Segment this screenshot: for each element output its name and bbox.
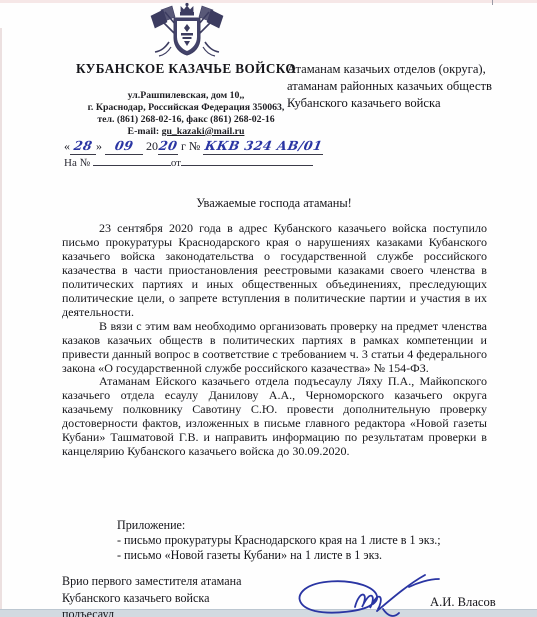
na-label: На № (64, 157, 90, 169)
recipient-line: атаманам районных казачьих обществ (287, 79, 492, 93)
date-registration-line: «28» 09 2020 г № ККВ 324 АВ/01 (64, 138, 394, 155)
scan-artifact-tick (492, 0, 493, 5)
year-prefix: 20 (146, 139, 158, 153)
regnum-blank: ККВ 324 АВ/01 (203, 138, 323, 155)
attachment-item: - письмо прокуратуры Краснодарского края… (117, 533, 487, 548)
reference-line: На № от (64, 157, 394, 169)
na-blank (93, 165, 171, 166)
scanned-letter-page: КУБАНСКОЕ КАЗАЧЬЕ ВОЙСКО ул.Рашпилевская… (0, 0, 537, 617)
kuban-coat-of-arms-emblem (141, 2, 233, 59)
address-line: ул.Рашпилевская, дом 10,, (128, 90, 245, 101)
handwritten-month: 09 (113, 138, 134, 153)
email-address: gu_kazaki@mail.ru (162, 126, 245, 137)
attachment-item: - письмо «Новой газеты Кубани» на 1 лист… (117, 548, 487, 563)
ot-label: от (171, 157, 181, 169)
email-line: E-mail: gu_kazaki@mail.ru (38, 126, 334, 138)
scan-edge-left (0, 28, 2, 617)
attachment-title: Приложение: (117, 518, 487, 533)
signoff-line: Врио первого заместителя атамана (62, 574, 241, 588)
salutation: Уважаемые господа атаманы! (62, 196, 486, 211)
ot-blank (181, 165, 313, 166)
day-blank: 28 (70, 138, 96, 155)
reg-label: г № (181, 139, 200, 153)
quote-close: » (96, 139, 102, 153)
paragraph: Атаманам Ейского казачьего отдела подъес… (62, 375, 487, 459)
month-blank: 09 (105, 138, 143, 155)
signature-scribble (293, 571, 443, 617)
signoff-line: Кубанского казачьего войска (62, 591, 209, 605)
address-line: г. Краснодар, Российская Федерация 35006… (88, 102, 285, 113)
recipient-line: Кубанского казачьего войска (287, 96, 441, 110)
signoff-block: Врио первого заместителя атамана Кубанск… (62, 573, 302, 617)
handwritten-day: 28 (72, 138, 93, 153)
year-blank: 20 (158, 138, 178, 155)
handwritten-year: 20 (157, 138, 178, 153)
recipient-line: Атаманам казачьих отделов (округа), (287, 62, 486, 76)
paragraph: 23 сентября 2020 года в адрес Кубанского… (62, 222, 487, 320)
address-line: тел. (861) 268-02-16, факс (861) 268-02-… (97, 114, 274, 125)
attachment-block: Приложение: - письмо прокуратуры Краснод… (117, 518, 487, 564)
letter-body: 23 сентября 2020 года в адрес Кубанского… (62, 222, 487, 459)
email-label: E-mail: (128, 126, 160, 137)
handwritten-reg-number: ККВ 324 АВ/01 (204, 138, 324, 153)
signoff-line: подъесаул (62, 607, 114, 617)
paragraph: В вязи с этим вам необходимо организоват… (62, 320, 487, 376)
recipient-block: Атаманам казачьих отделов (округа), атам… (287, 61, 523, 111)
scan-edge-top (0, 0, 537, 3)
signer-name: А.И. Власов (430, 595, 496, 610)
